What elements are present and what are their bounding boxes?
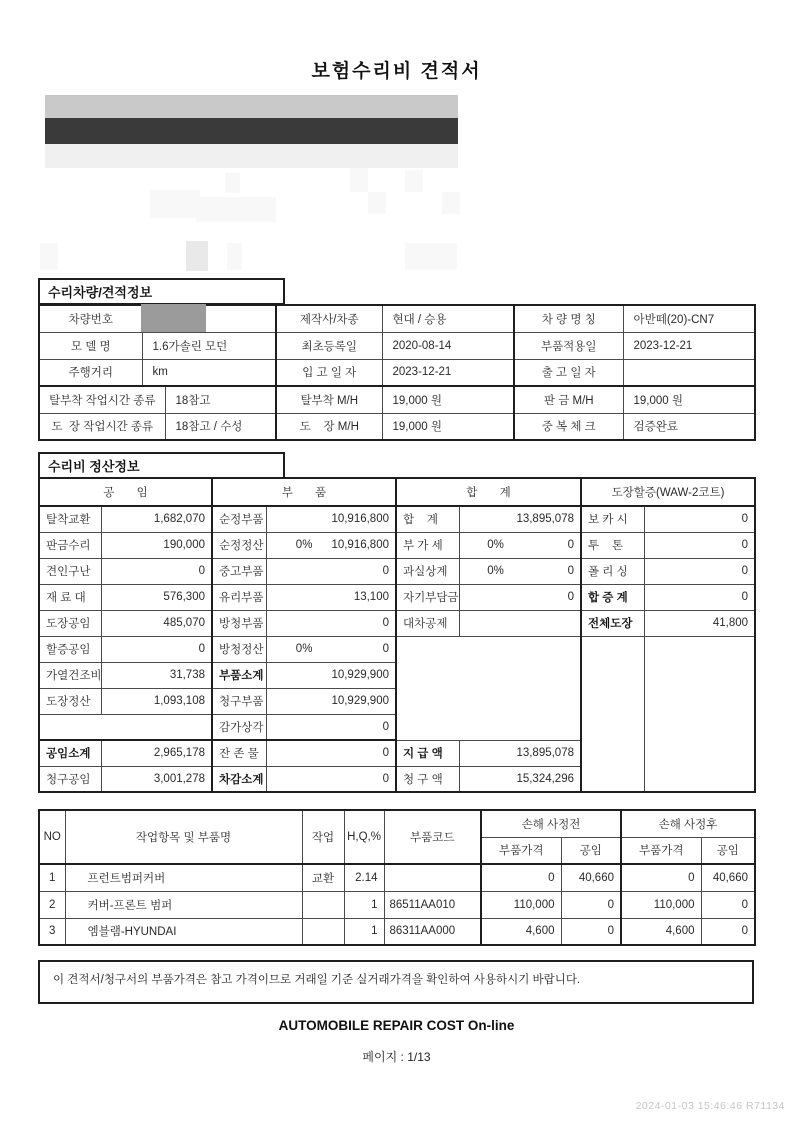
merged-empty-cell [396, 636, 581, 740]
item-price-after-cell: 4,600 [621, 918, 701, 945]
merged-empty-cell [39, 714, 212, 740]
label-cell: 폴 리 싱 [581, 558, 644, 584]
label-cell: 자기부담금 [396, 584, 459, 610]
amount-value: 0 [568, 539, 574, 551]
item-labor-before-cell: 0 [561, 918, 621, 945]
item-work-cell: 교환 [302, 864, 344, 891]
settlement-table: 공 임 부 품 합 계 도장할증(WAW-2코트) 탈착교환 1,682,070… [38, 477, 756, 793]
value-cell: 19,000 원 [382, 413, 514, 440]
value-cell: 13,895,078 [459, 740, 581, 766]
item-work-cell [302, 918, 344, 945]
scan-artifact [227, 243, 242, 270]
label-cell: 도 장 M/H [276, 413, 382, 440]
value-cell: 0%0 [266, 636, 396, 662]
value-cell: 0 [266, 766, 396, 792]
value-cell: 0 [644, 506, 755, 532]
value-cell: 0%10,916,800 [266, 532, 396, 558]
value-cell: 19,000 원 [623, 386, 755, 413]
label-cell: 합 증 계 [581, 584, 644, 610]
amount-value: 13,100 [354, 591, 389, 603]
label-cell: 탈부착 M/H [276, 386, 382, 413]
label-cell: 제작사/차종 [276, 305, 382, 332]
table-row: 2 커버-프론트 범퍼 1 86511AA010 110,000 0 110,0… [39, 891, 755, 918]
header-cell: 공 임 [39, 478, 212, 506]
percent-value: 0% [487, 565, 504, 577]
label-cell: 청구공임 [39, 766, 101, 792]
amount-value: 0 [568, 565, 574, 577]
percent-value: 0% [296, 643, 313, 655]
table-row: 1 프런트범퍼커버 교환 2.14 0 40,660 0 40,660 [39, 864, 755, 891]
label-cell: 순정정산 [212, 532, 266, 558]
scan-artifact [186, 241, 208, 271]
header-cell: 부품코드 [384, 810, 481, 864]
value-cell: 10,929,900 [266, 662, 396, 688]
value-cell: 10,916,800 [266, 506, 396, 532]
value-cell: 15,324,296 [459, 766, 581, 792]
scan-artifact [405, 170, 423, 192]
scan-artifact [350, 168, 368, 192]
value-cell: 0%0 [459, 532, 581, 558]
value-cell: 2023-12-21 [382, 359, 514, 386]
value-cell: 0 [266, 558, 396, 584]
table-row: 주행거리 km 입 고 일 자 2023-12-21 출 고 일 자 [39, 359, 755, 386]
merged-empty-cell [644, 636, 755, 792]
value-cell: 2023-12-21 [623, 332, 755, 359]
value-cell: 0 [101, 558, 212, 584]
item-name-cell: 커버-프론트 범퍼 [65, 891, 302, 918]
value-cell: 검증완료 [623, 413, 755, 440]
header-cell: 합 계 [396, 478, 581, 506]
value-cell: 18참고 [165, 386, 276, 413]
item-name-cell: 엠블램-HYUNDAI [65, 918, 302, 945]
label-cell: 가열건조비 [39, 662, 101, 688]
item-labor-before-cell: 0 [561, 891, 621, 918]
scan-artifact [405, 243, 457, 270]
scan-artifact [40, 243, 58, 270]
label-cell: 순정부품 [212, 506, 266, 532]
table-row: 모 델 명 1.6가솔린 모던 최초등록일 2020-08-14 부품적용일 2… [39, 332, 755, 359]
label-cell: 투 톤 [581, 532, 644, 558]
table-row: 할증공임 0 방청정산 0%0 [39, 636, 755, 662]
label-cell: 차 량 명 칭 [514, 305, 623, 332]
label-cell: 판금수리 [39, 532, 101, 558]
header-cell: 부품가격 [481, 837, 561, 864]
value-cell: 0 [644, 532, 755, 558]
label-cell: 전체도장 [581, 610, 644, 636]
item-code-cell: 86511AA010 [384, 891, 481, 918]
vehicle-info-tab-title: 수리차량/견적정보 [38, 278, 285, 305]
item-code-cell [384, 864, 481, 891]
scan-artifact [225, 173, 240, 193]
table-row: 도 장 작업시간 종류 18참고 / 수성 도 장 M/H 19,000 원 중… [39, 413, 755, 440]
amount-value: 10,916,800 [331, 539, 389, 551]
item-no-cell: 1 [39, 864, 65, 891]
scan-artifact [196, 197, 276, 222]
item-price-after-cell: 0 [621, 864, 701, 891]
item-price-before-cell: 0 [481, 864, 561, 891]
label-cell: 합 계 [396, 506, 459, 532]
value-cell: 0 [101, 636, 212, 662]
value-cell: 현대 / 승용 [382, 305, 514, 332]
header-cell: NO [39, 810, 65, 864]
table-row: 3 엠블램-HYUNDAI 1 86311AA000 4,600 0 4,600… [39, 918, 755, 945]
label-cell: 도장정산 [39, 688, 101, 714]
label-cell: 차량번호 [39, 305, 142, 332]
label-cell: 탈부착 작업시간 종류 [39, 386, 165, 413]
value-cell: 아반떼(20)-CN7 [623, 305, 755, 332]
value-cell: 485,070 [101, 610, 212, 636]
label-cell: 판 금 M/H [514, 386, 623, 413]
scan-artifact [442, 192, 460, 214]
value-cell: 2020-08-14 [382, 332, 514, 359]
label-cell: 감가상각 [212, 714, 266, 740]
label-cell: 방청부품 [212, 610, 266, 636]
value-cell: 190,000 [101, 532, 212, 558]
label-cell: 출 고 일 자 [514, 359, 623, 386]
value-cell: km [142, 359, 276, 386]
redacted-header-bar-dark [45, 118, 458, 144]
header-cell: 공임 [701, 837, 755, 864]
label-cell: 지 급 액 [396, 740, 459, 766]
header-cell: 작업항목 및 부품명 [65, 810, 302, 864]
table-row: 견인구난 0 중고부품 0 과실상계 0%0 폴 리 싱 0 [39, 558, 755, 584]
merged-empty-cell [581, 636, 644, 792]
vehicle-info-tab-label: 수리차량/견적정보 [48, 282, 152, 301]
item-hq-cell: 1 [344, 891, 384, 918]
scan-artifact [368, 192, 386, 214]
header-cell: 공임 [561, 837, 621, 864]
brand-footer: AUTOMOBILE REPAIR COST On-line [0, 1018, 793, 1033]
item-labor-after-cell: 0 [701, 891, 755, 918]
label-cell: 주행거리 [39, 359, 142, 386]
item-hq-cell: 2.14 [344, 864, 384, 891]
label-cell: 공임소계 [39, 740, 101, 766]
settlement-tab-title: 수리비 정산정보 [38, 452, 285, 479]
header-cell: 부 품 [212, 478, 396, 506]
label-cell: 재 료 대 [39, 584, 101, 610]
value-cell: 3,001,278 [101, 766, 212, 792]
percent-value: 0% [487, 539, 504, 551]
label-cell: 청구부품 [212, 688, 266, 714]
value-cell: 1,093,108 [101, 688, 212, 714]
header-cell: 손해 사정전 [481, 810, 621, 837]
label-cell: 견인구난 [39, 558, 101, 584]
item-code-cell: 86311AA000 [384, 918, 481, 945]
amount-value: 0 [568, 591, 574, 603]
table-row: 재 료 대 576,300 유리부품 13,100 자기부담금 0 합 증 계 … [39, 584, 755, 610]
value-cell: 0 [644, 558, 755, 584]
notice-box: 이 견적서/청구서의 부품가격은 참고 가격이므로 거래일 기준 실거래가격을 … [38, 960, 754, 1004]
item-no-cell: 3 [39, 918, 65, 945]
header-cell: 손해 사정후 [621, 810, 755, 837]
label-cell: 부품소계 [212, 662, 266, 688]
item-work-cell [302, 891, 344, 918]
item-no-cell: 2 [39, 891, 65, 918]
label-cell: 유리부품 [212, 584, 266, 610]
value-cell: 41,800 [644, 610, 755, 636]
value-cell [623, 359, 755, 386]
item-hq-cell: 1 [344, 918, 384, 945]
label-cell: 차감소계 [212, 766, 266, 792]
value-cell: 1.6가솔린 모던 [142, 332, 276, 359]
value-cell: 0 [459, 584, 581, 610]
item-price-before-cell: 4,600 [481, 918, 561, 945]
item-labor-after-cell: 40,660 [701, 864, 755, 891]
settlement-tab-label: 수리비 정산정보 [48, 456, 140, 475]
item-name-cell: 프런트범퍼커버 [65, 864, 302, 891]
label-cell: 할증공임 [39, 636, 101, 662]
label-cell: 도장공임 [39, 610, 101, 636]
amount-value: 0 [383, 643, 389, 655]
value-cell: 0 [644, 584, 755, 610]
value-cell: 0 [266, 740, 396, 766]
header-cell: H,Q,% [344, 810, 384, 864]
label-cell: 부 가 세 [396, 532, 459, 558]
value-cell: 576,300 [101, 584, 212, 610]
table-row: 탈부착 작업시간 종류 18참고 탈부착 M/H 19,000 원 판 금 M/… [39, 386, 755, 413]
label-cell: 모 델 명 [39, 332, 142, 359]
table-row: 판금수리 190,000 순정정산 0%10,916,800 부 가 세 0%0… [39, 532, 755, 558]
label-cell: 잔 존 물 [212, 740, 266, 766]
percent-value: 0% [296, 539, 313, 551]
label-cell: 중고부품 [212, 558, 266, 584]
label-cell: 중 복 체 크 [514, 413, 623, 440]
amount-value: 0 [383, 617, 389, 629]
redacted-header-bar-light [45, 95, 458, 118]
value-cell: 31,738 [101, 662, 212, 688]
label-cell: 과실상계 [396, 558, 459, 584]
label-cell: 대차공제 [396, 610, 459, 636]
item-labor-before-cell: 40,660 [561, 864, 621, 891]
document-title: 보험수리비 견적서 [0, 56, 793, 83]
value-cell: 0%0 [459, 558, 581, 584]
amount-value: 0 [383, 565, 389, 577]
label-cell: 최초등록일 [276, 332, 382, 359]
amount-value: 10,916,800 [331, 513, 389, 525]
header-cell: 도장할증(WAW-2코트) [581, 478, 755, 506]
table-row: 도장공임 485,070 방청부품 0 대차공제 전체도장 41,800 [39, 610, 755, 636]
label-cell: 입 고 일 자 [276, 359, 382, 386]
value-cell: 19,000 원 [382, 386, 514, 413]
label-cell: 방청정산 [212, 636, 266, 662]
print-timestamp: 2024-01-03 15:46:46 R71134 [636, 1100, 785, 1112]
redacted-header-bar-faint [45, 144, 458, 168]
label-cell: 도 장 작업시간 종류 [39, 413, 165, 440]
scan-artifact [150, 190, 200, 218]
header-cell: 작업 [302, 810, 344, 864]
label-cell: 청 구 액 [396, 766, 459, 792]
value-cell: 13,100 [266, 584, 396, 610]
label-cell: 보 카 시 [581, 506, 644, 532]
header-cell: 부품가격 [621, 837, 701, 864]
table-row: 탈착교환 1,682,070 순정부품 10,916,800 합 계 13,89… [39, 506, 755, 532]
value-cell [459, 610, 581, 636]
label-cell: 탈착교환 [39, 506, 101, 532]
work-items-table: NO 작업항목 및 부품명 작업 H,Q,% 부품코드 손해 사정전 손해 사정… [38, 809, 756, 946]
value-cell: 0 [266, 610, 396, 636]
license-plate-redaction [141, 304, 206, 332]
value-cell: 18참고 / 수성 [165, 413, 276, 440]
value-cell: 10,929,900 [266, 688, 396, 714]
item-price-after-cell: 110,000 [621, 891, 701, 918]
table-row: NO 작업항목 및 부품명 작업 H,Q,% 부품코드 손해 사정전 손해 사정… [39, 810, 755, 837]
value-cell: 13,895,078 [459, 506, 581, 532]
value-cell: 1,682,070 [101, 506, 212, 532]
table-row: 공 임 부 품 합 계 도장할증(WAW-2코트) [39, 478, 755, 506]
amount-value: 13,895,078 [516, 513, 574, 525]
page-indicator: 페이지 : 1/13 [0, 1048, 793, 1065]
value-cell: 0 [266, 714, 396, 740]
value-cell: 2,965,178 [101, 740, 212, 766]
notice-text: 이 견적서/청구서의 부품가격은 참고 가격이므로 거래일 기준 실거래가격을 … [53, 974, 580, 986]
label-cell: 부품적용일 [514, 332, 623, 359]
item-price-before-cell: 110,000 [481, 891, 561, 918]
item-labor-after-cell: 0 [701, 918, 755, 945]
